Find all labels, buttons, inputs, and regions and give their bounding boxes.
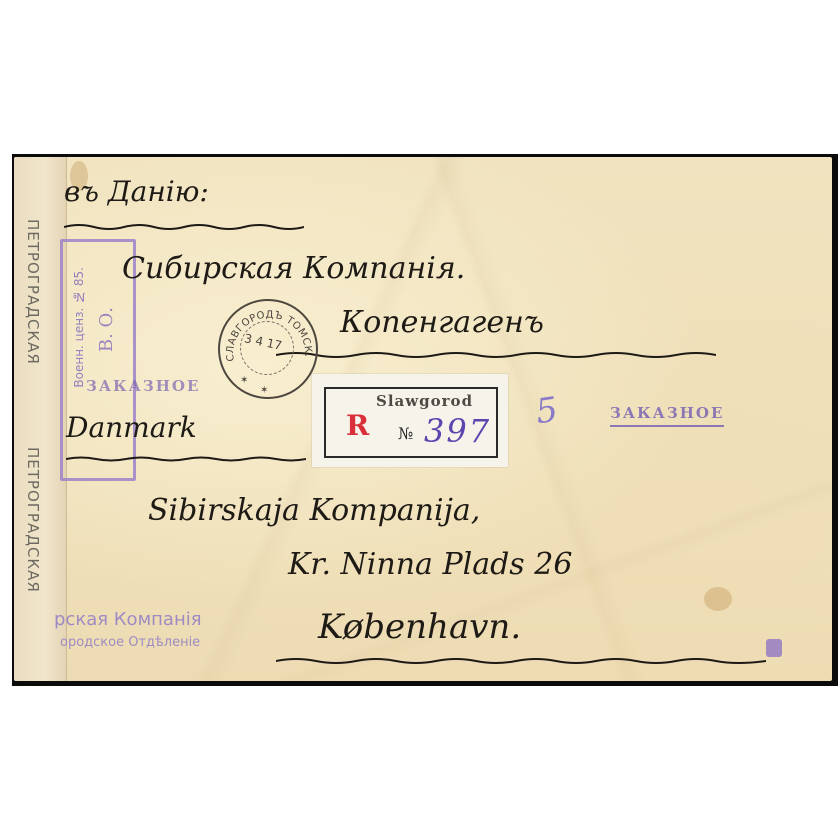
address-line-company-ru: Сибирская Компанiя.: [122, 251, 465, 286]
censor-box-mark: В. О.: [96, 307, 117, 352]
registration-number: 397: [424, 412, 491, 450]
address-line-company: Sibirskaja Kompanija,: [148, 493, 480, 528]
underline: [66, 455, 306, 461]
underline: [64, 223, 304, 229]
underline: [276, 657, 766, 663]
registered-stamp: ЗАКАЗНОЕ: [610, 404, 724, 427]
censor-box-registered-stamp: ЗАКАЗНОЕ: [86, 377, 200, 395]
address-line-country-ru: въ Данiю:: [64, 175, 209, 208]
sender-stamp-line1: рская Компанія: [54, 609, 202, 630]
registration-letter: R: [346, 409, 369, 442]
svg-text:✶: ✶: [260, 385, 268, 396]
address-line-country: Danmark: [66, 411, 197, 444]
address-line-city-ru: Копенгагенъ: [340, 305, 544, 340]
sender-stamp: рская Компанія ородское Отдѣленіе: [54, 609, 202, 650]
stain: [704, 587, 732, 611]
address-line-city: København.: [318, 607, 521, 647]
registration-town: Slawgorod: [376, 392, 473, 410]
registration-label: R Slawgorod № 397: [312, 374, 508, 467]
censor-tape-text-upper: ПЕТРОГРАДСКАЯ: [24, 219, 42, 365]
svg-text:✶: ✶: [240, 375, 248, 386]
registered-stamp-underline: [610, 425, 724, 427]
address-line-street: Kr. Ninna Plads 26: [288, 547, 572, 582]
violet-corner-mark: [766, 639, 782, 657]
registration-number-prefix: №: [398, 424, 413, 443]
envelope: ПЕТРОГРАДСКАЯ ПЕТРОГРАДСКАЯ Военн. ценз.…: [14, 157, 832, 681]
censor-box-text: Военн. ценз. № 85.: [72, 267, 86, 388]
postmark: СЛАВГОРОДЪ ТОМСК. ✶ ✶ 3 4 17: [218, 299, 318, 399]
underline: [276, 351, 716, 357]
pencil-note: 5: [533, 390, 560, 433]
sender-stamp-line2: ородское Отдѣленіе: [60, 635, 202, 650]
censor-tape-text-lower: ПЕТРОГРАДСКАЯ: [24, 447, 42, 593]
